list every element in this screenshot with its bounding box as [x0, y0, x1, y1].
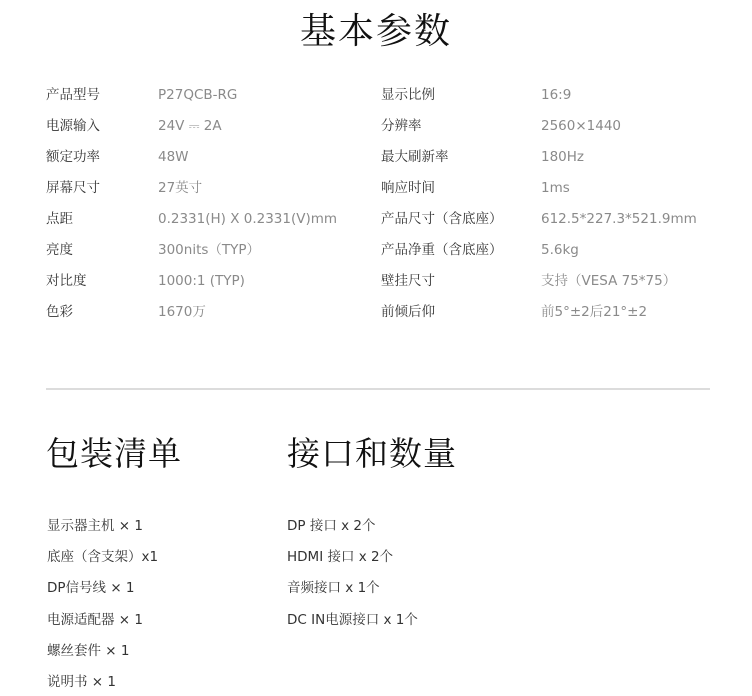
spec-value: 180Hz [541, 142, 584, 173]
spec-label: 壁挂尺寸 [381, 266, 541, 297]
spec-row: 产品型号P27QCB-RG [46, 80, 337, 111]
page-title: 基本参数 [0, 8, 752, 56]
spec-row: 电源输入24V ⎓ 2A [46, 111, 337, 142]
spec-sheet: 基本参数 产品型号P27QCB-RG 电源输入24V ⎓ 2A 额定功率48W … [0, 0, 752, 696]
package-item: DP信号线 × 1 [47, 573, 158, 604]
spec-value: 0.2331(H) X 0.2331(V)mm [158, 204, 337, 235]
spec-label: 产品净重（含底座） [381, 235, 541, 266]
port-item: DC IN电源接口 x 1个 [287, 605, 418, 636]
spec-label: 亮度 [46, 235, 158, 266]
spec-value: 2560×1440 [541, 111, 621, 142]
spec-row: 色彩1670万 [46, 297, 337, 328]
spec-row: 额定功率48W [46, 142, 337, 173]
spec-value: 27英寸 [158, 173, 202, 204]
spec-row: 分辨率2560×1440 [381, 111, 697, 142]
spec-value: 1670万 [158, 297, 206, 328]
spec-value: 612.5*227.3*521.9mm [541, 204, 697, 235]
spec-value: 5.6kg [541, 235, 579, 266]
spec-row: 最大刷新率180Hz [381, 142, 697, 173]
package-list-title: 包装清单 [46, 432, 182, 476]
spec-value: 前5°±2后21°±2 [541, 297, 647, 328]
spec-row: 产品净重（含底座）5.6kg [381, 235, 697, 266]
spec-table-right: 显示比例16:9 分辨率2560×1440 最大刷新率180Hz 响应时间1ms… [381, 80, 697, 328]
spec-label: 屏幕尺寸 [46, 173, 158, 204]
spec-row: 对比度1000:1 (TYP) [46, 266, 337, 297]
spec-value: 1ms [541, 173, 570, 204]
spec-label: 点距 [46, 204, 158, 235]
port-item: DP 接口 x 2个 [287, 511, 418, 542]
spec-value: 支持（VESA 75*75） [541, 266, 676, 297]
spec-table-left: 产品型号P27QCB-RG 电源输入24V ⎓ 2A 额定功率48W 屏幕尺寸2… [46, 80, 337, 328]
spec-value: 16:9 [541, 80, 571, 111]
spec-row: 产品尺寸（含底座）612.5*227.3*521.9mm [381, 204, 697, 235]
package-list: 显示器主机 × 1 底座（含支架）x1 DP信号线 × 1 电源适配器 × 1 … [47, 511, 158, 696]
spec-value: 1000:1 (TYP) [158, 266, 245, 297]
package-item: 显示器主机 × 1 [47, 511, 158, 542]
spec-value: 48W [158, 142, 189, 173]
spec-label: 最大刷新率 [381, 142, 541, 173]
ports-list: DP 接口 x 2个 HDMI 接口 x 2个 音频接口 x 1个 DC IN电… [287, 511, 418, 636]
spec-value: P27QCB-RG [158, 80, 237, 111]
package-item: 电源适配器 × 1 [47, 605, 158, 636]
package-item: 底座（含支架）x1 [47, 542, 158, 573]
spec-row: 屏幕尺寸27英寸 [46, 173, 337, 204]
spec-label: 色彩 [46, 297, 158, 328]
spec-row: 前倾后仰前5°±2后21°±2 [381, 297, 697, 328]
spec-value: 24V ⎓ 2A [158, 111, 222, 142]
package-item: 说明书 × 1 [47, 667, 158, 696]
section-divider [46, 388, 710, 390]
port-item: HDMI 接口 x 2个 [287, 542, 418, 573]
spec-row: 显示比例16:9 [381, 80, 697, 111]
spec-row: 壁挂尺寸支持（VESA 75*75） [381, 266, 697, 297]
spec-label: 额定功率 [46, 142, 158, 173]
spec-label: 响应时间 [381, 173, 541, 204]
spec-label: 对比度 [46, 266, 158, 297]
spec-row: 响应时间1ms [381, 173, 697, 204]
spec-label: 分辨率 [381, 111, 541, 142]
ports-title: 接口和数量 [287, 432, 457, 476]
port-item: 音频接口 x 1个 [287, 573, 418, 604]
spec-label: 产品尺寸（含底座） [381, 204, 541, 235]
spec-label: 显示比例 [381, 80, 541, 111]
spec-label: 前倾后仰 [381, 297, 541, 328]
package-item: 螺丝套件 × 1 [47, 636, 158, 667]
spec-row: 亮度300nits（TYP） [46, 235, 337, 266]
spec-label: 产品型号 [46, 80, 158, 111]
spec-row: 点距0.2331(H) X 0.2331(V)mm [46, 204, 337, 235]
spec-label: 电源输入 [46, 111, 158, 142]
spec-value: 300nits（TYP） [158, 235, 260, 266]
